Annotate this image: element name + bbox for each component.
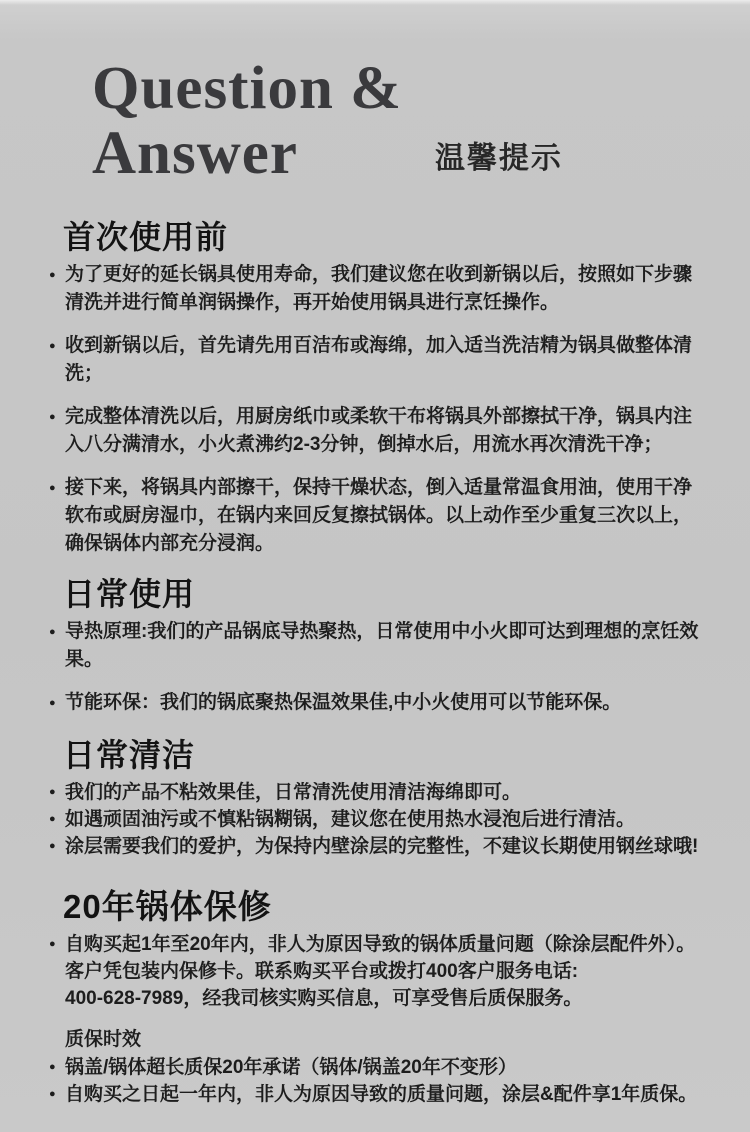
section-heading: 20年锅体保修 [63,887,710,927]
page-header: Question &Answer 温馨提示 [92,56,710,186]
bullet-item: 涂层需要我们的爱护，为保持内壁涂层的完整性，不建议长期使用钢丝球哦! [65,833,710,860]
qa-tips-page: Question &Answer 温馨提示 首次使用前 为了更好的延长锅具使用寿… [0,0,750,1132]
section-heading: 首次使用前 [63,217,710,257]
bullet-list: 锅盖/锅体超长质保20年承诺（锅体/锅盖20年不变形） 自购买之日起一年内，非人… [65,1054,710,1108]
bullet-item: 导热原理:我们的产品锅底导热聚热，日常使用中小火即可达到理想的烹饪效果。 [65,618,710,674]
bullet-item: 锅盖/锅体超长质保20年承诺（锅体/锅盖20年不变形） [65,1054,710,1081]
bullet-item: 收到新锅以后，首先请先用百洁布或海绵，加入适当洗洁精为锅具做整体清洗； [65,332,710,388]
section-daily-use: 日常使用 导热原理:我们的产品锅底导热聚热，日常使用中小火即可达到理想的烹饪效果… [63,574,710,717]
bullet-list: 自购买起1年至20年内，非人为原因导致的锅体质量问题（除涂层配件外）。 客户凭包… [65,931,710,1012]
bullet-list: 导热原理:我们的产品锅底导热聚热，日常使用中小火即可达到理想的烹饪效果。 节能环… [65,618,710,717]
section-heading: 日常清洁 [63,735,710,775]
section-daily-cleaning: 日常清洁 我们的产品不粘效果佳，日常清洗使用清洁海绵即可。 如遇顽固油污或不慎粘… [63,735,710,860]
section-heading: 日常使用 [63,574,710,614]
page-title: Question &Answer [92,56,402,186]
bullet-item: 自购买起1年至20年内，非人为原因导致的锅体质量问题（除涂层配件外）。 客户凭包… [65,931,710,1012]
bullet-item: 接下来，将锅具内部擦干，保持干燥状态，倒入适量常温食用油，使用干净软布或厨房湿巾… [65,474,710,558]
bullet-item: 自购买之日起一年内，非人为原因导致的质量问题，涂层&配件享1年质保。 [65,1081,710,1108]
bullet-list: 我们的产品不粘效果佳，日常清洗使用清洁海绵即可。 如遇顽固油污或不慎粘锅糊锅，建… [65,779,710,860]
title-line-2: Answer [92,120,298,187]
bullet-item: 节能环保：我们的锅底聚热保温效果佳,中小火使用可以节能环保。 [65,689,710,717]
bullet-list: 为了更好的延长锅具使用寿命，我们建议您在收到新锅以后，按照如下步骤清洗并进行简单… [65,261,710,558]
content-area: Question &Answer 温馨提示 首次使用前 为了更好的延长锅具使用寿… [0,0,750,1108]
title-line-1: Question & [92,55,402,122]
bullet-item: 完成整体清洗以后，用厨房纸巾或柔软干布将锅具外部擦拭干净，锅具内注入八分满清水，… [65,403,710,459]
section-before-first-use: 首次使用前 为了更好的延长锅具使用寿命，我们建议您在收到新锅以后，按照如下步骤清… [63,217,710,558]
bullet-item: 为了更好的延长锅具使用寿命，我们建议您在收到新锅以后，按照如下步骤清洗并进行简单… [65,261,710,317]
section-warranty: 20年锅体保修 自购买起1年至20年内，非人为原因导致的锅体质量问题（除涂层配件… [63,887,710,1108]
warranty-period-subheading: 质保时效 [65,1026,710,1054]
bullet-item: 我们的产品不粘效果佳，日常清洗使用清洁海绵即可。 [65,779,710,806]
page-subtitle: 温馨提示 [435,133,563,177]
bullet-item: 如遇顽固油污或不慎粘锅糊锅，建议您在使用热水浸泡后进行清洁。 [65,806,710,833]
